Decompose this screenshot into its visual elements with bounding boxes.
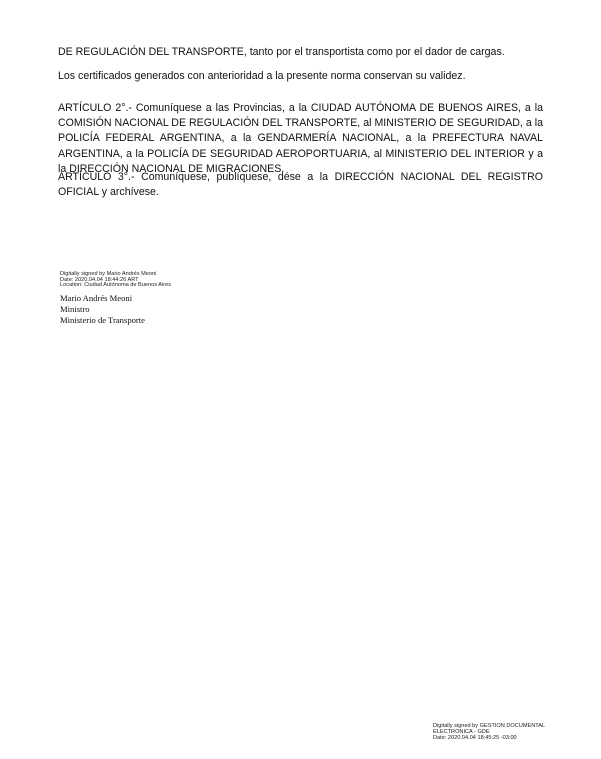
digital-signature-stamp: Digitally signed by Mario Andrés Meoni D… — [60, 272, 171, 289]
paragraph-transport-regulation: DE REGULACIÓN DEL TRANSPORTE, tanto por … — [58, 45, 543, 60]
signature-location: Location: Ciudad Autónoma de Buenos Aire… — [60, 283, 171, 289]
signatory-name: Mario Andrés Meoni — [60, 293, 145, 304]
gde-date: Date: 2020.04.04 18:45:25 -03:00 — [433, 736, 545, 742]
signatory-block: Mario Andrés Meoni Ministro Ministerio d… — [60, 293, 145, 326]
gde-signature-stamp: Digitally signed by GESTION DOCUMENTAL E… — [433, 724, 545, 741]
signatory-title: Ministro — [60, 304, 145, 315]
paragraph-article-2: ARTÍCULO 2°.- Comuníquese a las Provinci… — [58, 101, 543, 177]
paragraph-certificates-validity: Los certificados generados con anteriori… — [58, 69, 543, 84]
signatory-organization: Ministerio de Transporte — [60, 315, 145, 326]
paragraph-article-3: ARTÍCULO 3°.- Comuníquese, publíquese, d… — [58, 170, 543, 200]
